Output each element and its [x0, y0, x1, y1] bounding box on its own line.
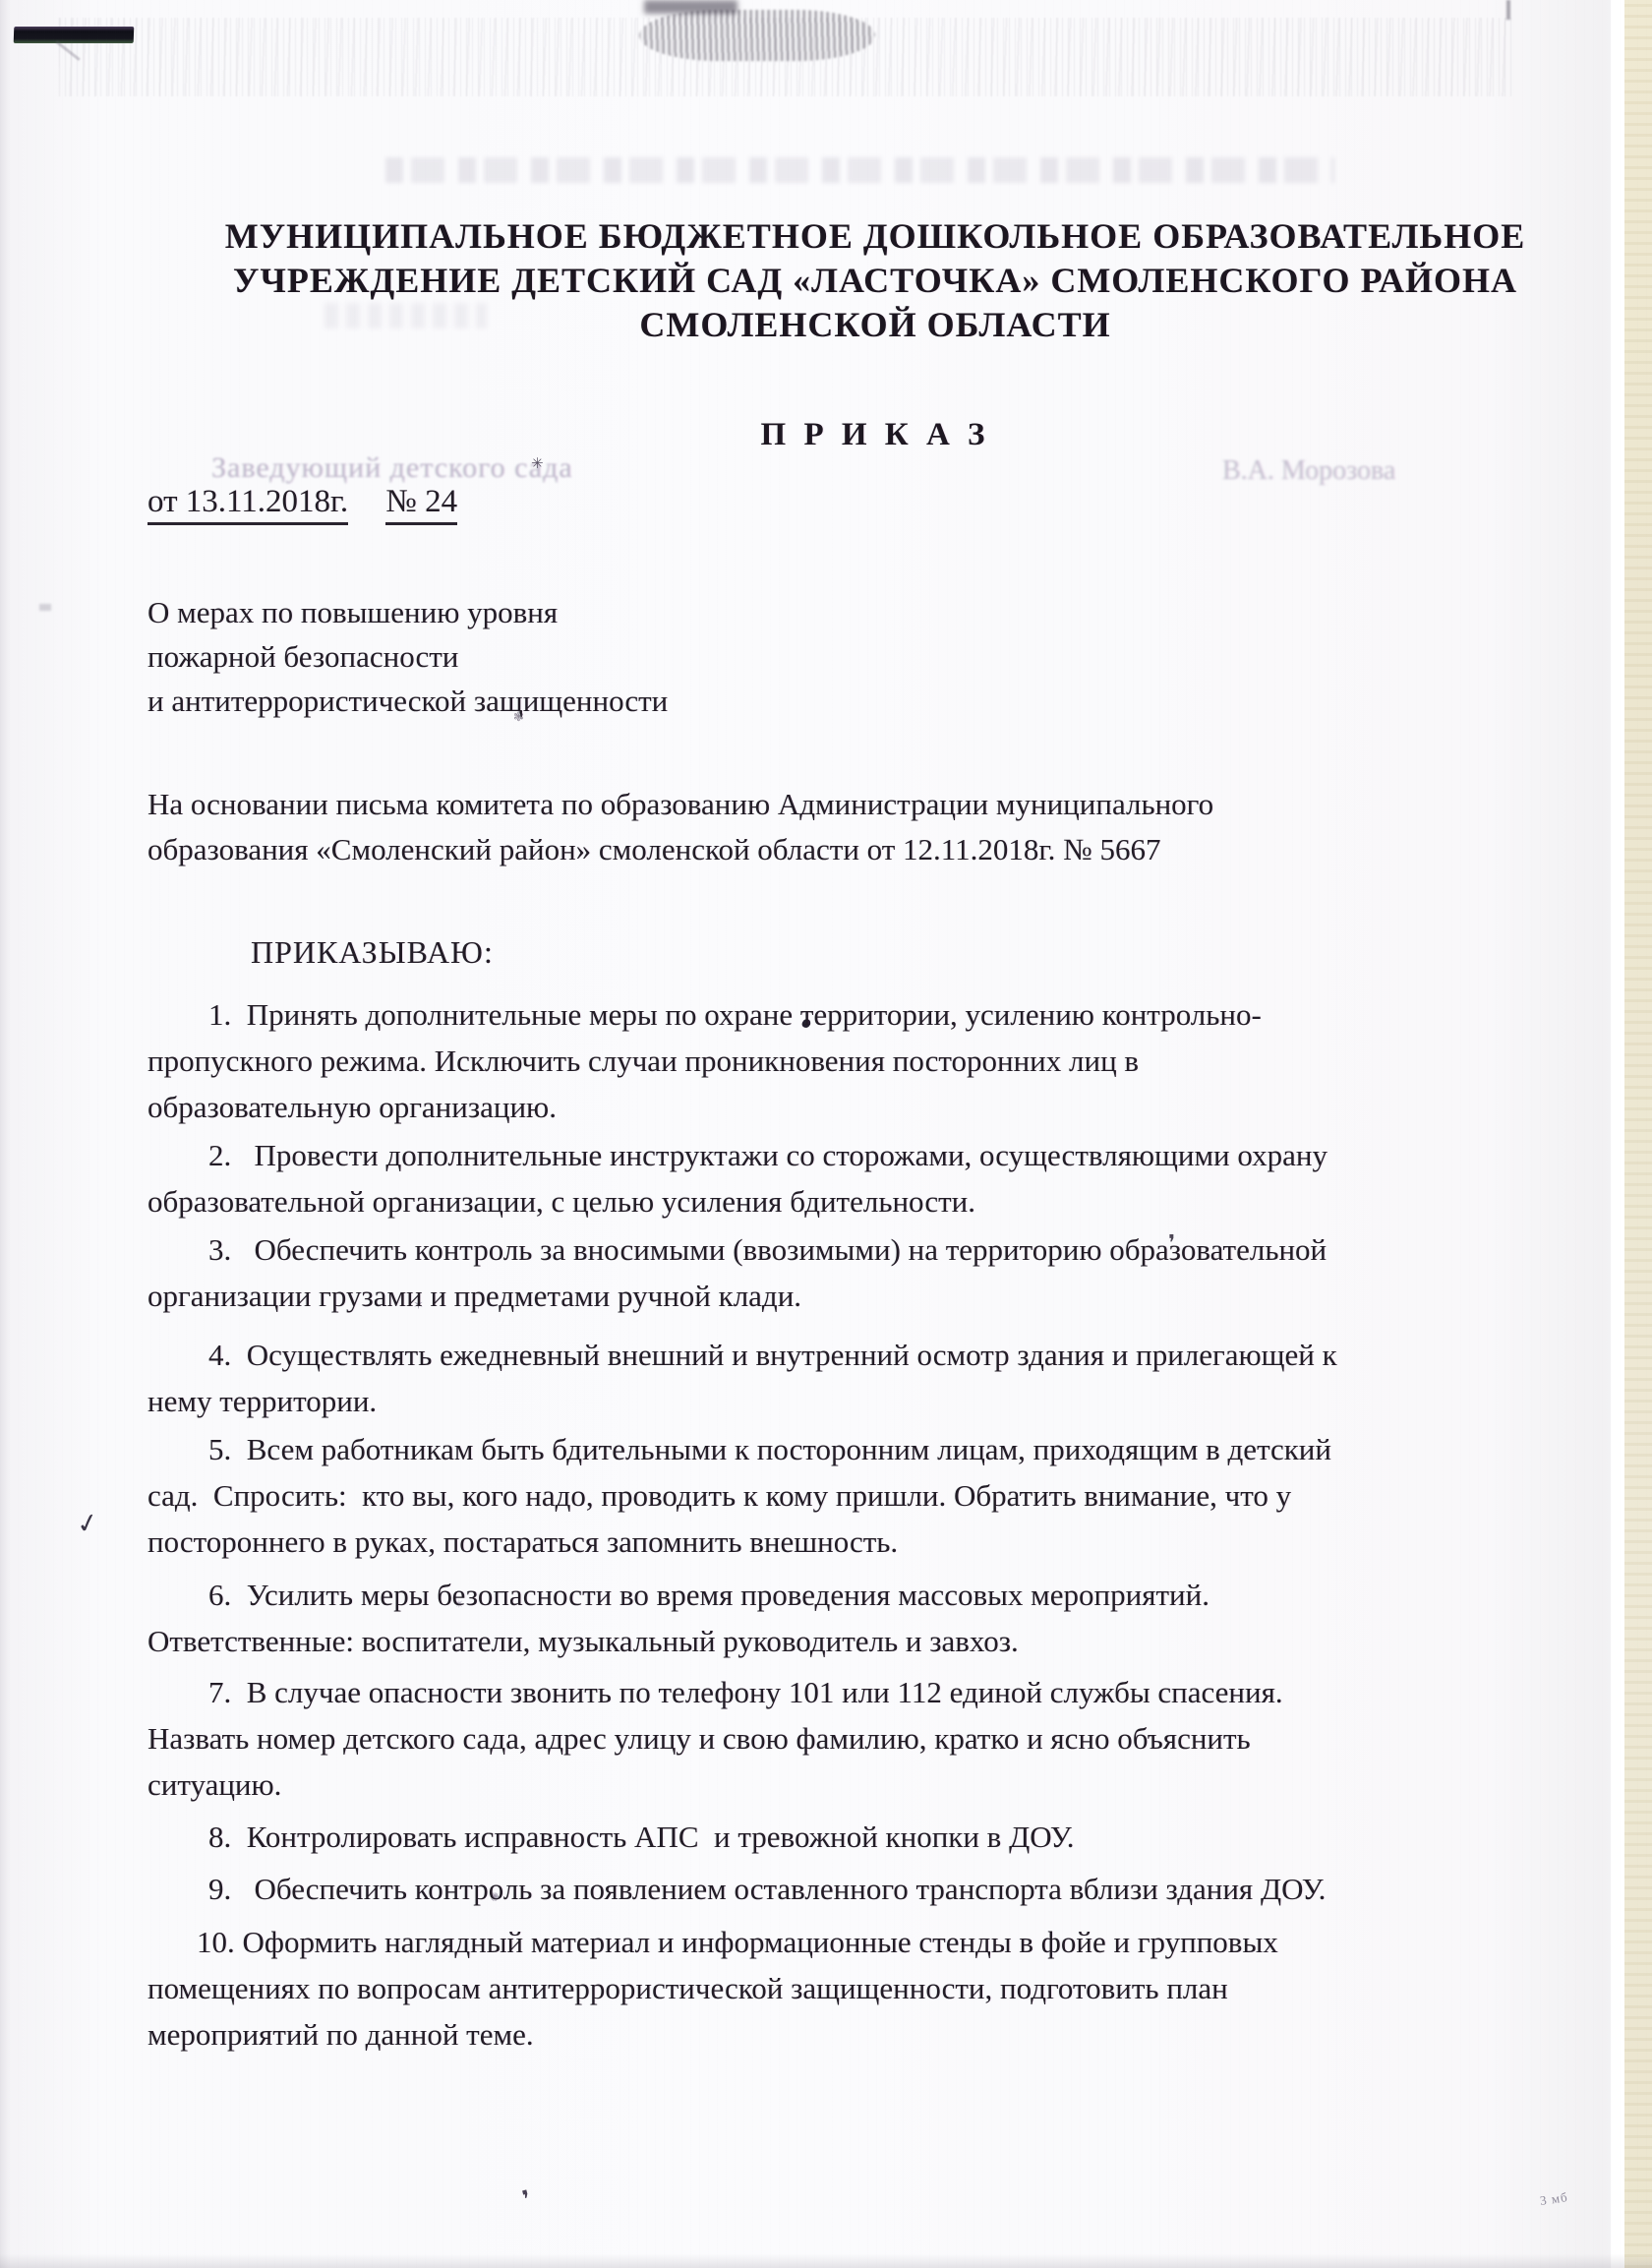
scanned-document-page: Заведующий детского сада В.А. Морозова ✳…	[0, 0, 1652, 2268]
order-item-6: 6. Усилить меры безопасности во время пр…	[147, 1572, 1603, 1664]
scan-smudge	[639, 10, 875, 61]
margin-check-mark-icon: ✓	[74, 1507, 102, 1541]
handwritten-note: 3 мб	[1539, 2189, 1569, 2209]
order-item-2: 2. Провести дополнительные инструктажи с…	[147, 1132, 1603, 1224]
order-item-4: 4. Осуществлять ежедневный внешний и вну…	[147, 1332, 1603, 1424]
document-type-heading: П Р И К А З	[147, 417, 1603, 452]
order-item-8: 8. Контролировать исправность АПС и трев…	[147, 1814, 1603, 1860]
document-preamble: На основании письма комитета по образова…	[147, 782, 1603, 872]
scan-blob	[644, 0, 737, 14]
organization-title: МУНИЦИПАЛЬНОЕ БЮДЖЕТНОЕ ДОШКОЛЬНОЕ ОБРАЗ…	[147, 214, 1603, 347]
bleedthrough-text-band	[385, 157, 1334, 183]
page-edge-bottom-shadow	[0, 2254, 1652, 2268]
scan-noise-band	[59, 18, 1514, 96]
page-edge-left-shadow	[0, 0, 10, 2268]
ink-comma-icon: ❜	[520, 2184, 535, 2213]
scan-streak	[1506, 0, 1510, 20]
document-body: МУНИЦИПАЛЬНОЕ БЮДЖЕТНОЕ ДОШКОЛЬНОЕ ОБРАЗ…	[147, 214, 1603, 2058]
document-number: № 24	[385, 484, 457, 525]
order-item-7: 7. В случае опасности звонить по телефон…	[147, 1669, 1603, 1808]
document-dateline: от 13.11.2018г. № 24	[147, 484, 1603, 519]
document-subject: О мерах по повышению уровня пожарной без…	[147, 590, 1603, 723]
order-item-3: 3. Обеспечить контроль за вносимыми (вво…	[147, 1226, 1603, 1319]
order-item-9: 9. Обеспечить контроль за появлением ост…	[147, 1866, 1603, 1912]
page-edge-white	[1611, 0, 1624, 2268]
faint-smudge	[39, 604, 51, 611]
order-item-1: 1. Принять дополнительные меры по охране…	[147, 991, 1603, 1130]
document-date: от 13.11.2018г.	[147, 484, 348, 525]
pencil-mark	[55, 40, 80, 61]
scanner-bar-artifact	[14, 27, 135, 43]
order-item-5: 5. Всем работникам быть бдительными к по…	[147, 1426, 1603, 1565]
page-edge-cream	[1624, 0, 1652, 2268]
decree-word: ПРИКАЗЫВАЮ:	[147, 934, 1603, 970]
order-item-10: 10. Оформить наглядный материал и информ…	[147, 1919, 1603, 2058]
